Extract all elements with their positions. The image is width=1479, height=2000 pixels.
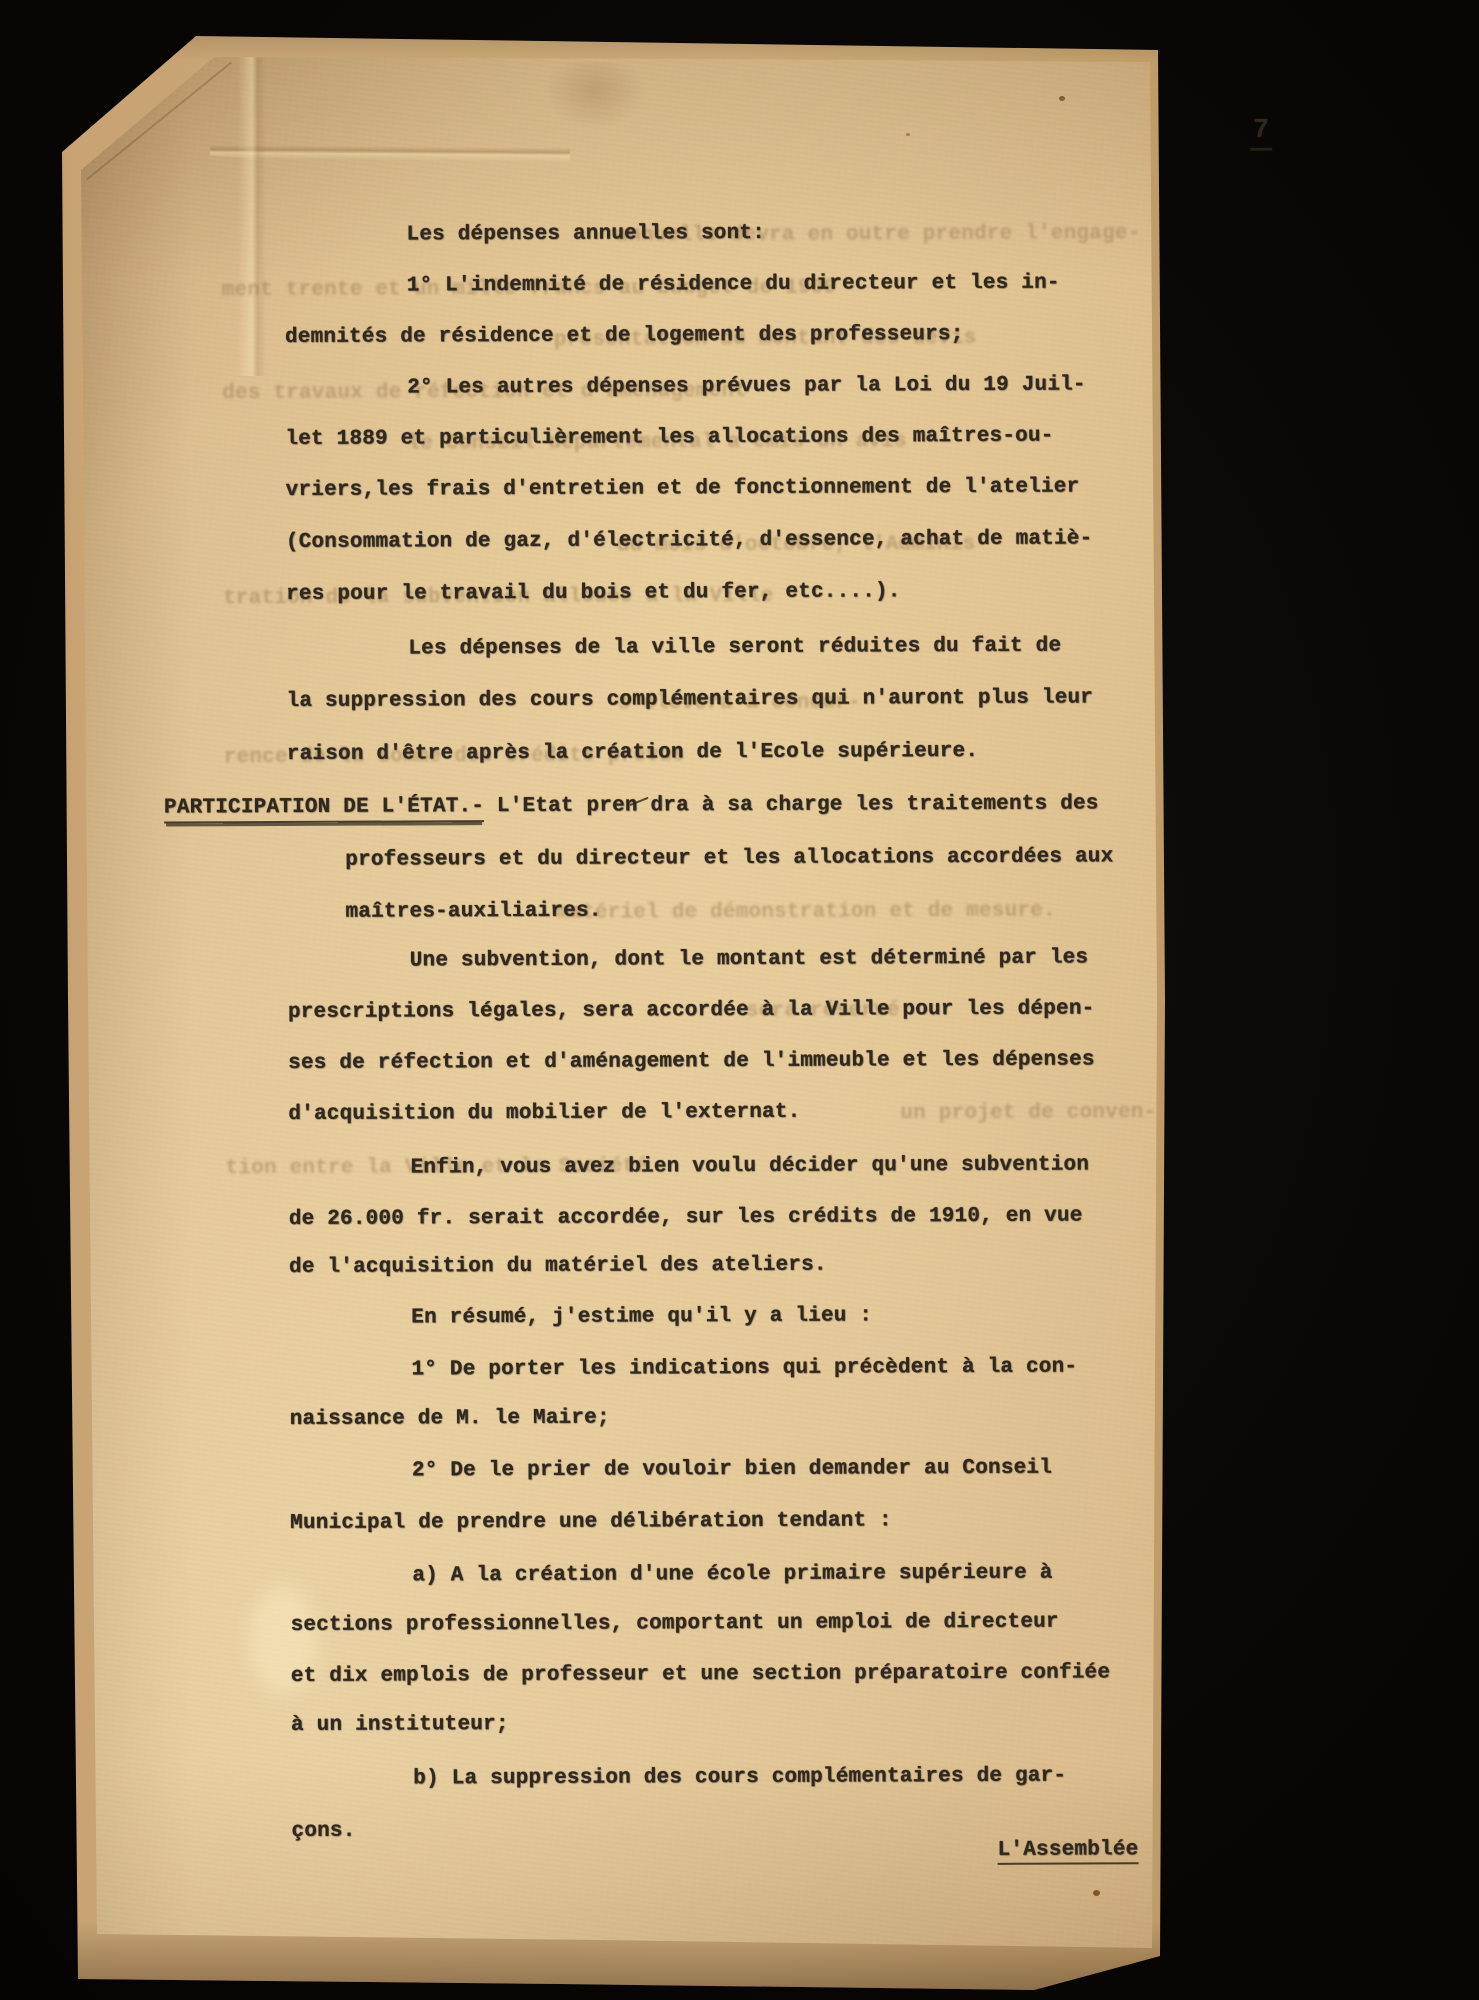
typed-line: 1° L'indemnité de résidence du directeur… [407,272,1060,298]
typed-line: raison d'être après la création de l'Eco… [287,740,978,766]
typed-line: maîtres-auxiliaires. [345,900,601,924]
typed-line: (Consommation de gaz, d'électricité, d'e… [286,527,1093,554]
section-heading-label: PARTICIPATION DE L'ÉTAT.- [164,795,484,823]
typed-line: Municipal de prendre une délibération te… [290,1509,892,1535]
typed-line: 2° Les autres dépenses prévues par la Lo… [407,373,1086,399]
typed-line: demnités de résidence et de logement des… [285,323,964,349]
typed-line: Les dépenses annuelles sont: [406,222,765,247]
typed-line: 1° De porter les indications qui précède… [411,1356,1077,1382]
typed-line: a) A la création d'une école primaire su… [412,1562,1052,1588]
typed-line: En résumé, j'estime qu'il y a lieu : [411,1304,872,1329]
typed-line: Enfin, vous avez bien voulu décider qu'u… [411,1153,1090,1179]
typed-line: 2° De le prier de vouloir bien demander … [412,1457,1052,1483]
typed-line: Une subvention, dont le montant est déte… [410,946,1089,972]
typed-line: Les dépenses de la ville seront réduites… [408,635,1061,661]
typed-line: la suppression des cours complémentaires… [287,686,1094,713]
typed-line: de 26.000 fr. serait accordée, sur les c… [289,1205,1083,1231]
page-number: 7 [1250,116,1273,151]
typed-line: çons. [291,1820,355,1843]
typed-line: de l'acquisition du matériel des atelier… [289,1254,827,1279]
typed-line: et dix emplois de professeur et une sect… [291,1661,1110,1688]
typed-line: prescriptions légales, sera accordée à l… [288,997,1095,1024]
typed-line: professeurs et du directeur et les alloc… [345,845,1113,871]
typed-line: sections professionnelles, comportant un… [291,1611,1059,1637]
typed-line: b) La suppression des cours complémentai… [413,1765,1066,1791]
typed-text-layer: 7 Les dépenses annuelles sont:1° L'indem… [0,0,1479,2000]
signoff-line: L'Assemblée [998,1838,1139,1865]
typed-line: let 1889 et particulièrement les allocat… [285,425,1053,451]
typed-line: ses de réfection et d'aménagement de l'i… [288,1048,1095,1075]
typed-line: à un instituteur; [291,1713,509,1737]
typed-line: res pour le travail du bois et du fer, e… [286,580,901,606]
participation-heading-line: PARTICIPATION DE L'ÉTAT.- L'Etat pren dr… [164,792,1099,819]
scanned-document-page: annuelle devra en outre prendre l'engage… [0,0,1479,2000]
typed-line: naissance de M. le Maire; [290,1407,610,1431]
typed-line: d'acquisition du mobilier de l'externat. [288,1101,800,1126]
typed-line: vriers,les frais d'entretien et de fonct… [286,476,1080,502]
